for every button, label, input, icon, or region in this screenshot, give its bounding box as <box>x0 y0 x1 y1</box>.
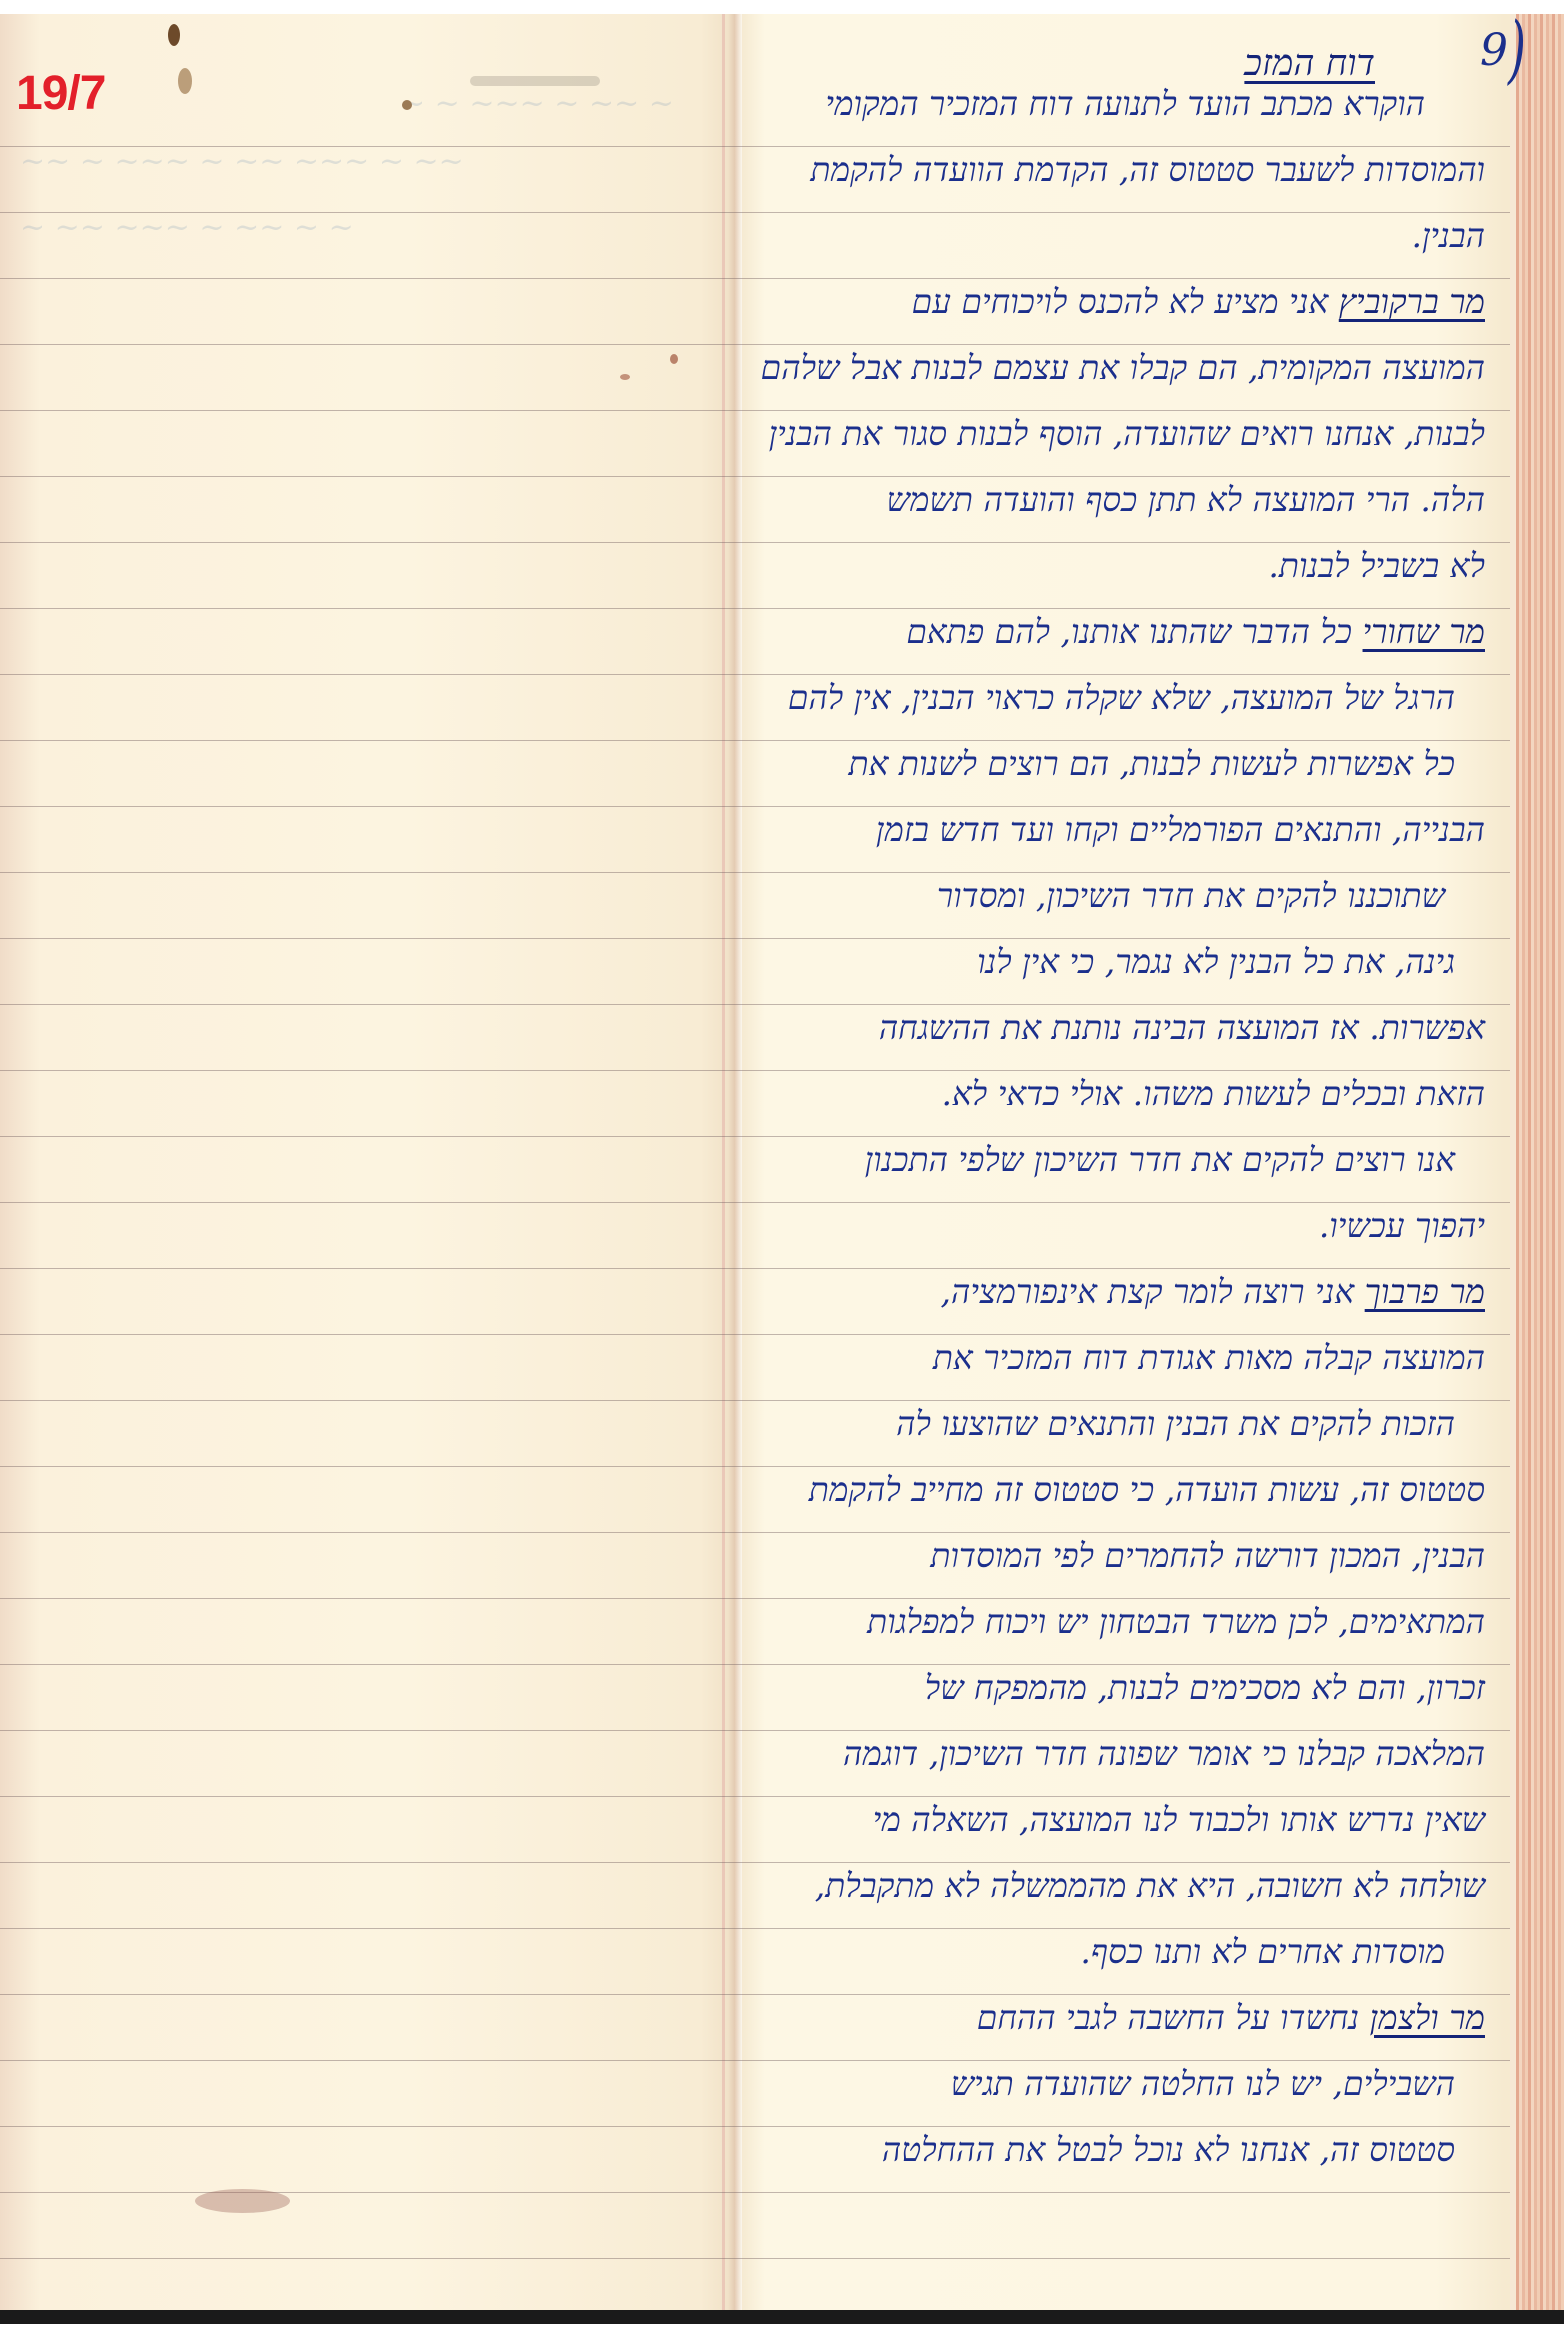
ruled-line <box>0 938 735 939</box>
ruled-line <box>735 674 1510 675</box>
ruled-line <box>735 2258 1510 2259</box>
line-text: המועצה המקומית, הם קבלו את עצמם לבנות אב… <box>761 348 1485 387</box>
text-line: שתוכננו להקים את חדר השיכון, ומסדור <box>937 876 1445 916</box>
line-text: לבנות, אנחנו רואים שהועדה, הוסף לבנות סג… <box>769 414 1485 453</box>
line-text: נחשדו על החשבה לגבי ההחם <box>977 1998 1359 2037</box>
ruled-line <box>735 146 1510 147</box>
line-text: מוסדות אחרים לא ותנו כסף. <box>1080 1932 1445 1971</box>
text-line: שאין נדרש אותו ולכבוד לנו המועצה, השאלה … <box>873 1800 1485 1840</box>
ruled-line <box>735 542 1510 543</box>
line-text: הבנין, המכון דורשה להחמרים לפי המוסדות <box>930 1536 1485 1575</box>
ruled-line <box>735 1400 1510 1401</box>
line-text: לא בשביל לבנות. <box>1268 546 1485 585</box>
line-text: הזכות להקים את הבנין והתנאים שהוצעו לה <box>896 1404 1455 1443</box>
ruled-line <box>0 410 735 411</box>
left-page <box>0 14 735 2324</box>
line-text: זכרון, והם לא מסכימים לבנות, מהמפקח של <box>925 1668 1485 1707</box>
text-line: מר שחורי כל הדבר שהתנו אותנו, להם פתאם <box>906 612 1485 652</box>
line-text: המועצה קבלה מאות אגודת דוח המזכיר את <box>933 1338 1485 1377</box>
ruled-line <box>0 542 735 543</box>
ink-stain <box>620 374 630 380</box>
text-line: הבנין. <box>1411 216 1485 256</box>
date-stamp: 19/7 <box>16 66 105 121</box>
ruled-line <box>0 278 735 279</box>
ink-stain <box>402 100 412 110</box>
ruled-line <box>0 2258 735 2259</box>
text-line: שולחה לא חשובה, היא את מהממשלה לא מתקבלת… <box>815 1866 1485 1906</box>
line-text: המתאימים, לכן משרד הבטחון יש ויכוח למפלג… <box>867 1602 1485 1641</box>
page-number: 9) <box>1480 22 1526 76</box>
ruled-line <box>735 1664 1510 1665</box>
ruled-line <box>0 476 735 477</box>
speaker-name: מר פרבוך <box>1365 1272 1485 1311</box>
ink-stain <box>178 68 192 94</box>
ruled-line <box>0 674 735 675</box>
ruled-line <box>0 1928 735 1929</box>
text-line: אנו רוצים להקים את חדר השיכון שלפי התכנו… <box>865 1140 1455 1180</box>
text-line: הבנייה, והתנאים הפורמליים וקחו ועד חדש ב… <box>876 810 1485 850</box>
text-line: אפשרות. אז המועצה הבינה נותנת את ההשגחה <box>879 1008 1485 1048</box>
page-edge-strip <box>1510 14 1564 2324</box>
line-text: סטטוס זה, עשות הועדה, כי סטטוס זה מחייב … <box>809 1470 1485 1509</box>
ruled-line <box>0 1532 735 1533</box>
text-line: מר ברקוביץ אני מציע לא להכנס לויכוחים עם <box>912 282 1485 322</box>
text-line: זכרון, והם לא מסכימים לבנות, מהמפקח של <box>925 1668 1485 1708</box>
ruled-line <box>0 740 735 741</box>
ink-stain <box>195 2189 290 2213</box>
text-line: המתאימים, לכן משרד הבטחון יש ויכוח למפלג… <box>867 1602 1485 1642</box>
line-text: אני מציע לא להכנס לויכוחים עם <box>912 282 1329 321</box>
ruled-line <box>0 1070 735 1071</box>
page-title: דוח המזכ <box>1244 42 1375 84</box>
ink-stain <box>168 24 180 46</box>
text-line: הזאת ובכלים לעשות משהו. אולי כדאי לא. <box>942 1074 1486 1114</box>
ruled-line <box>735 1994 1510 1995</box>
text-line: מר פרבוך אני רוצה לומר קצת אינפורמציה, <box>941 1272 1485 1312</box>
ruled-line <box>735 1862 1510 1863</box>
bleed-through-text: ~~ ~ ~~~ ~~ ~ ~~~ ~ ~~ <box>20 144 464 179</box>
ruled-line <box>735 1730 1510 1731</box>
line-text: כל אפשרות לעשות לבנות, הם רוצים לשנות את <box>848 744 1455 783</box>
ruled-line <box>0 1268 735 1269</box>
text-line: הזכות להקים את הבנין והתנאים שהוצעו לה <box>896 1404 1455 1444</box>
ruled-line <box>735 1004 1510 1005</box>
text-line: הרגל של המועצה, שלא שקלה כראוי הבנין, אי… <box>788 678 1455 718</box>
ink-stain <box>470 76 600 86</box>
ruled-line <box>0 1994 735 1995</box>
line-text: הלה. הרי המועצה לא תתן כסף והועדה תשמש <box>887 480 1485 519</box>
ruled-line <box>735 1928 1510 1929</box>
ruled-line <box>735 1334 1510 1335</box>
ruled-line <box>0 806 735 807</box>
ruled-line <box>735 1466 1510 1467</box>
text-line: גינה, את כל הבנין לא נגמר, כי אין לנו <box>977 942 1455 982</box>
line-text: המלאכה קבלנו כי אומר שפונה חדר השיכון, ד… <box>843 1734 1485 1773</box>
text-line: הלה. הרי המועצה לא תתן כסף והועדה תשמש <box>887 480 1485 520</box>
ruled-line <box>735 278 1510 279</box>
ruled-line <box>0 344 735 345</box>
notebook-scan: ~ ~~ ~ ~~~ ~ ~ ~~ ~ ~~~ ~~ ~ ~~~ ~ ~~ ~ … <box>0 14 1564 2324</box>
ruled-line <box>735 1598 1510 1599</box>
text-line: כל אפשרות לעשות לבנות, הם רוצים לשנות את <box>848 744 1455 784</box>
ruled-line <box>735 410 1510 411</box>
line-text: אנו רוצים להקים את חדר השיכון שלפי התכנו… <box>865 1140 1455 1179</box>
ink-stain <box>670 354 678 364</box>
line-text: הוקרא מכתב הועד לתנועה דוח המזכיר המקומי <box>825 84 1425 123</box>
line-text: הבנייה, והתנאים הפורמליים וקחו ועד חדש ב… <box>876 810 1485 849</box>
line-text: אני רוצה לומר קצת אינפורמציה, <box>941 1272 1355 1311</box>
line-text: הזאת ובכלים לעשות משהו. אולי כדאי לא. <box>942 1074 1486 1113</box>
text-line: לא בשביל לבנות. <box>1268 546 1485 586</box>
line-text: אפשרות. אז המועצה הבינה נותנת את ההשגחה <box>879 1008 1485 1047</box>
ruled-line <box>0 2126 735 2127</box>
ruled-line <box>735 740 1510 741</box>
ruled-line <box>735 1136 1510 1137</box>
ruled-line <box>735 344 1510 345</box>
line-text: שתוכננו להקים את חדר השיכון, ומסדור <box>937 876 1445 915</box>
ruled-line <box>735 608 1510 609</box>
line-text: שאין נדרש אותו ולכבוד לנו המועצה, השאלה … <box>873 1800 1485 1839</box>
line-text: והמוסדות לשעבר סטטוס זה, הקדמת הוועדה לה… <box>810 150 1485 189</box>
ruled-line <box>0 1136 735 1137</box>
left-page-margin-rule <box>722 14 725 2324</box>
ruled-line <box>735 1796 1510 1797</box>
line-text: הבנין. <box>1411 216 1485 255</box>
line-text: הרגל של המועצה, שלא שקלה כראוי הבנין, אי… <box>788 678 1455 717</box>
text-line: סטטוס זה, עשות הועדה, כי סטטוס זה מחייב … <box>809 1470 1485 1510</box>
text-line: לבנות, אנחנו רואים שהועדה, הוסף לבנות סג… <box>769 414 1485 454</box>
ruled-line <box>0 1202 735 1203</box>
ruled-line <box>0 1400 735 1401</box>
text-line: המלאכה קבלנו כי אומר שפונה חדר השיכון, ד… <box>843 1734 1485 1774</box>
ruled-line <box>0 608 735 609</box>
ruled-line <box>0 1862 735 1863</box>
ruled-line <box>735 1268 1510 1269</box>
speaker-name: מר ברקוביץ <box>1339 282 1485 321</box>
binding-gutter <box>728 14 742 2324</box>
line-text: כל הדבר שהתנו אותנו, להם פתאם <box>906 612 1352 651</box>
ruled-line <box>735 1070 1510 1071</box>
text-line: המועצה המקומית, הם קבלו את עצמם לבנות אב… <box>761 348 1485 388</box>
ruled-line <box>0 2060 735 2061</box>
ruled-line <box>0 1334 735 1335</box>
ruled-line <box>0 1664 735 1665</box>
ruled-line <box>735 2060 1510 2061</box>
ruled-line <box>735 476 1510 477</box>
text-line: הוקרא מכתב הועד לתנועה דוח המזכיר המקומי <box>825 84 1425 124</box>
scan-bottom-edge <box>0 2310 1564 2324</box>
text-line: המועצה קבלה מאות אגודת דוח המזכיר את <box>933 1338 1485 1378</box>
line-text: גינה, את כל הבנין לא נגמר, כי אין לנו <box>977 942 1455 981</box>
ruled-line <box>735 1202 1510 1203</box>
line-text: סטטוס זה, אנחנו לא נוכל לבטל את ההחלטה <box>882 2130 1455 2169</box>
ruled-line <box>735 212 1510 213</box>
ruled-line <box>0 1466 735 1467</box>
line-text: שולחה לא חשובה, היא את מהממשלה לא מתקבלת… <box>815 1866 1485 1905</box>
line-text: יהפוך עכשיו. <box>1319 1206 1485 1245</box>
ruled-line <box>735 1532 1510 1533</box>
text-line: והמוסדות לשעבר סטטוס זה, הקדמת הוועדה לה… <box>810 150 1485 190</box>
bleed-through-text: ~ ~ ~~ ~ ~~~ ~~ ~ <box>20 210 354 245</box>
ruled-line <box>735 872 1510 873</box>
speaker-name: מר שחורי <box>1363 612 1485 651</box>
ruled-line <box>0 1730 735 1731</box>
ruled-line <box>735 2192 1510 2193</box>
text-line: מר ולצמן נחשדו על החשבה לגבי ההחם <box>977 1998 1485 2038</box>
speaker-name: מר ולצמן <box>1370 1998 1485 2037</box>
ruled-line <box>0 2192 735 2193</box>
bleed-through-text: ~ ~~ ~ ~~~ ~ ~ <box>400 86 674 121</box>
ruled-line <box>0 1796 735 1797</box>
ruled-line <box>735 806 1510 807</box>
text-line: הבנין, המכון דורשה להחמרים לפי המוסדות <box>930 1536 1485 1576</box>
text-line: מוסדות אחרים לא ותנו כסף. <box>1080 1932 1445 1972</box>
text-line: השבילים, יש לנו החלטה שהועדה תגיש <box>951 2064 1455 2104</box>
text-line: יהפוך עכשיו. <box>1319 1206 1485 1246</box>
ruled-line <box>0 1598 735 1599</box>
ruled-line <box>0 872 735 873</box>
ruled-line <box>735 938 1510 939</box>
ruled-line <box>735 2126 1510 2127</box>
ruled-line <box>0 1004 735 1005</box>
text-line: סטטוס זה, אנחנו לא נוכל לבטל את ההחלטה <box>882 2130 1455 2170</box>
line-text: השבילים, יש לנו החלטה שהועדה תגיש <box>951 2064 1455 2103</box>
